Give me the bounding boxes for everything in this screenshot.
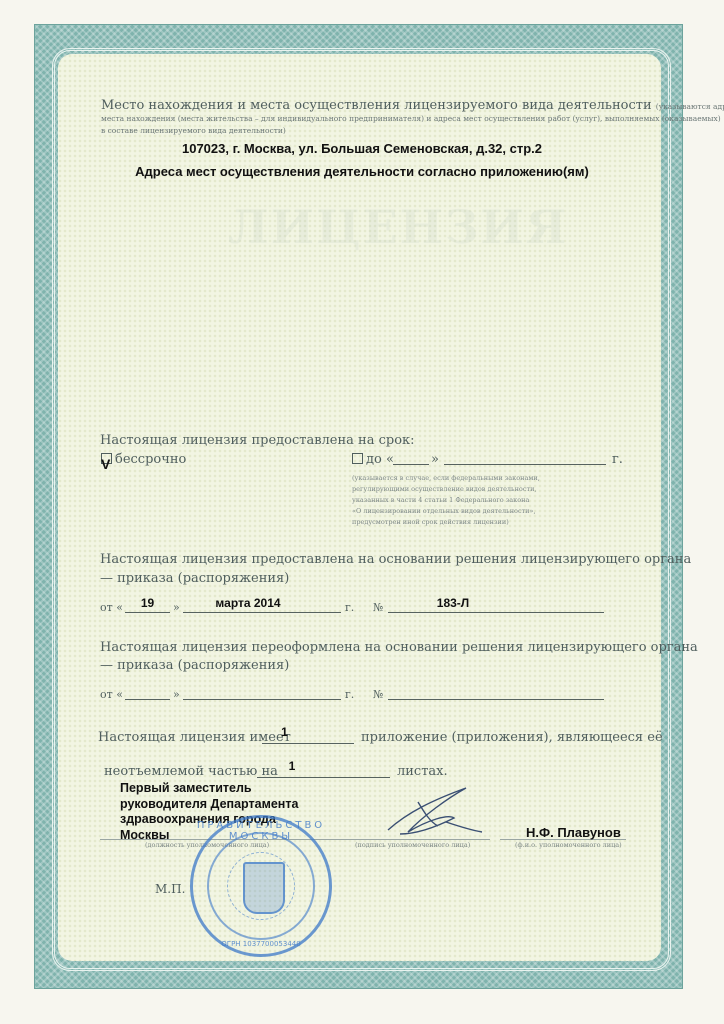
reissued-month-field[interactable] xyxy=(183,699,341,700)
location-note-line2: места нахождения (места жительства – для… xyxy=(101,114,721,123)
location-note-line3: в составе лицензируемого вида деятельнос… xyxy=(101,126,286,135)
moscow-coat-of-arms-icon xyxy=(243,862,285,914)
granted-day-line xyxy=(125,612,170,613)
reissued-day-field[interactable] xyxy=(125,699,170,700)
reissued-number-label: № xyxy=(373,686,383,703)
check-mark-icon: V xyxy=(101,456,110,472)
reissued-from-label: от « xyxy=(100,686,123,703)
granted-from-label: от « xyxy=(100,599,123,616)
seal-ogrn: ОГРН 1037700053440 xyxy=(193,940,329,948)
activity-places: Адреса мест осуществления деятельности с… xyxy=(0,164,724,179)
term-note-line: (указывается в случае, если федеральными… xyxy=(352,473,540,484)
granted-quote-close: » xyxy=(173,599,180,616)
position-line: Первый заместитель xyxy=(120,781,298,797)
until-checkbox[interactable] xyxy=(352,453,363,464)
appendix-count-line xyxy=(262,743,354,744)
until-year-suffix: г. xyxy=(612,451,623,468)
granted-number-line xyxy=(388,612,604,613)
granted-year-label: г. xyxy=(345,599,354,616)
granted-heading-line2: — приказа (распоряжения) xyxy=(100,570,289,587)
until-date-field[interactable] xyxy=(444,464,606,465)
term-note: (указывается в случае, если федеральными… xyxy=(352,473,540,528)
granted-order-number[interactable]: 183-Л xyxy=(388,596,518,610)
watermark: ЛИЦЕНЗИЯ xyxy=(228,200,568,254)
granted-day[interactable]: 19 xyxy=(125,596,170,610)
term-until-option[interactable]: до « xyxy=(352,451,394,468)
granted-heading-line1: Настоящая лицензия предоставлена на осно… xyxy=(100,551,691,568)
unlimited-label: бессрочно xyxy=(115,452,186,467)
stamp-place-label: М.П. xyxy=(155,881,185,898)
sheet-count-line xyxy=(257,777,390,778)
signature-scribble-icon xyxy=(378,782,498,844)
until-day-field[interactable] xyxy=(393,464,429,465)
term-note-line: регулирующими осуществление видов деятел… xyxy=(352,484,540,495)
reissued-quote-close: » xyxy=(173,686,180,703)
reissued-number-field[interactable] xyxy=(388,699,604,700)
reissued-heading-line2: — приказа (распоряжения) xyxy=(100,657,289,674)
appendix-line1-suffix: приложение (приложения), являющееся её xyxy=(361,729,663,746)
license-address: 107023, г. Москва, ул. Большая Семеновск… xyxy=(0,141,724,156)
appendix-line2-prefix: неотъемлемой частью на xyxy=(104,763,278,780)
appendix-count[interactable]: 1 xyxy=(262,725,307,739)
granted-number-label: № xyxy=(373,599,383,616)
term-unlimited-option[interactable]: бессрочно xyxy=(101,451,186,468)
signatory-name: Н.Ф. Плавунов xyxy=(526,825,621,840)
location-heading-text: Место нахождения и места осуществления л… xyxy=(101,98,652,113)
granted-month-year[interactable]: марта 2014 xyxy=(183,596,313,610)
term-note-line: предусмотрен иной срок действия лицензии… xyxy=(352,517,540,528)
term-heading: Настоящая лицензия предоставлена на срок… xyxy=(100,432,415,449)
until-label: до « xyxy=(366,452,394,467)
granted-month-line xyxy=(183,612,341,613)
appendix-line2-suffix: листах. xyxy=(397,763,448,780)
location-heading-note: (указываются адрес xyxy=(656,102,724,111)
position-line: руководителя Департамента xyxy=(120,797,298,813)
term-note-line: указанных в части 4 статьи 1 Федеральног… xyxy=(352,495,540,506)
official-seal: ПРАВИТЕЛЬСТВО МОСКВЫ ОГРН 1037700053440 xyxy=(190,815,332,957)
reissued-heading-line1: Настоящая лицензия переоформлена на осно… xyxy=(100,639,698,656)
name-caption: (ф.и.о. уполномоченного лица) xyxy=(515,840,622,851)
term-note-line: «О лицензировании отдельных видов деятел… xyxy=(352,506,540,517)
sheet-count[interactable]: 1 xyxy=(257,759,327,773)
reissued-year-label: г. xyxy=(345,686,354,703)
location-heading: Место нахождения и места осуществления л… xyxy=(101,97,724,115)
until-quote-close: » xyxy=(431,451,439,468)
